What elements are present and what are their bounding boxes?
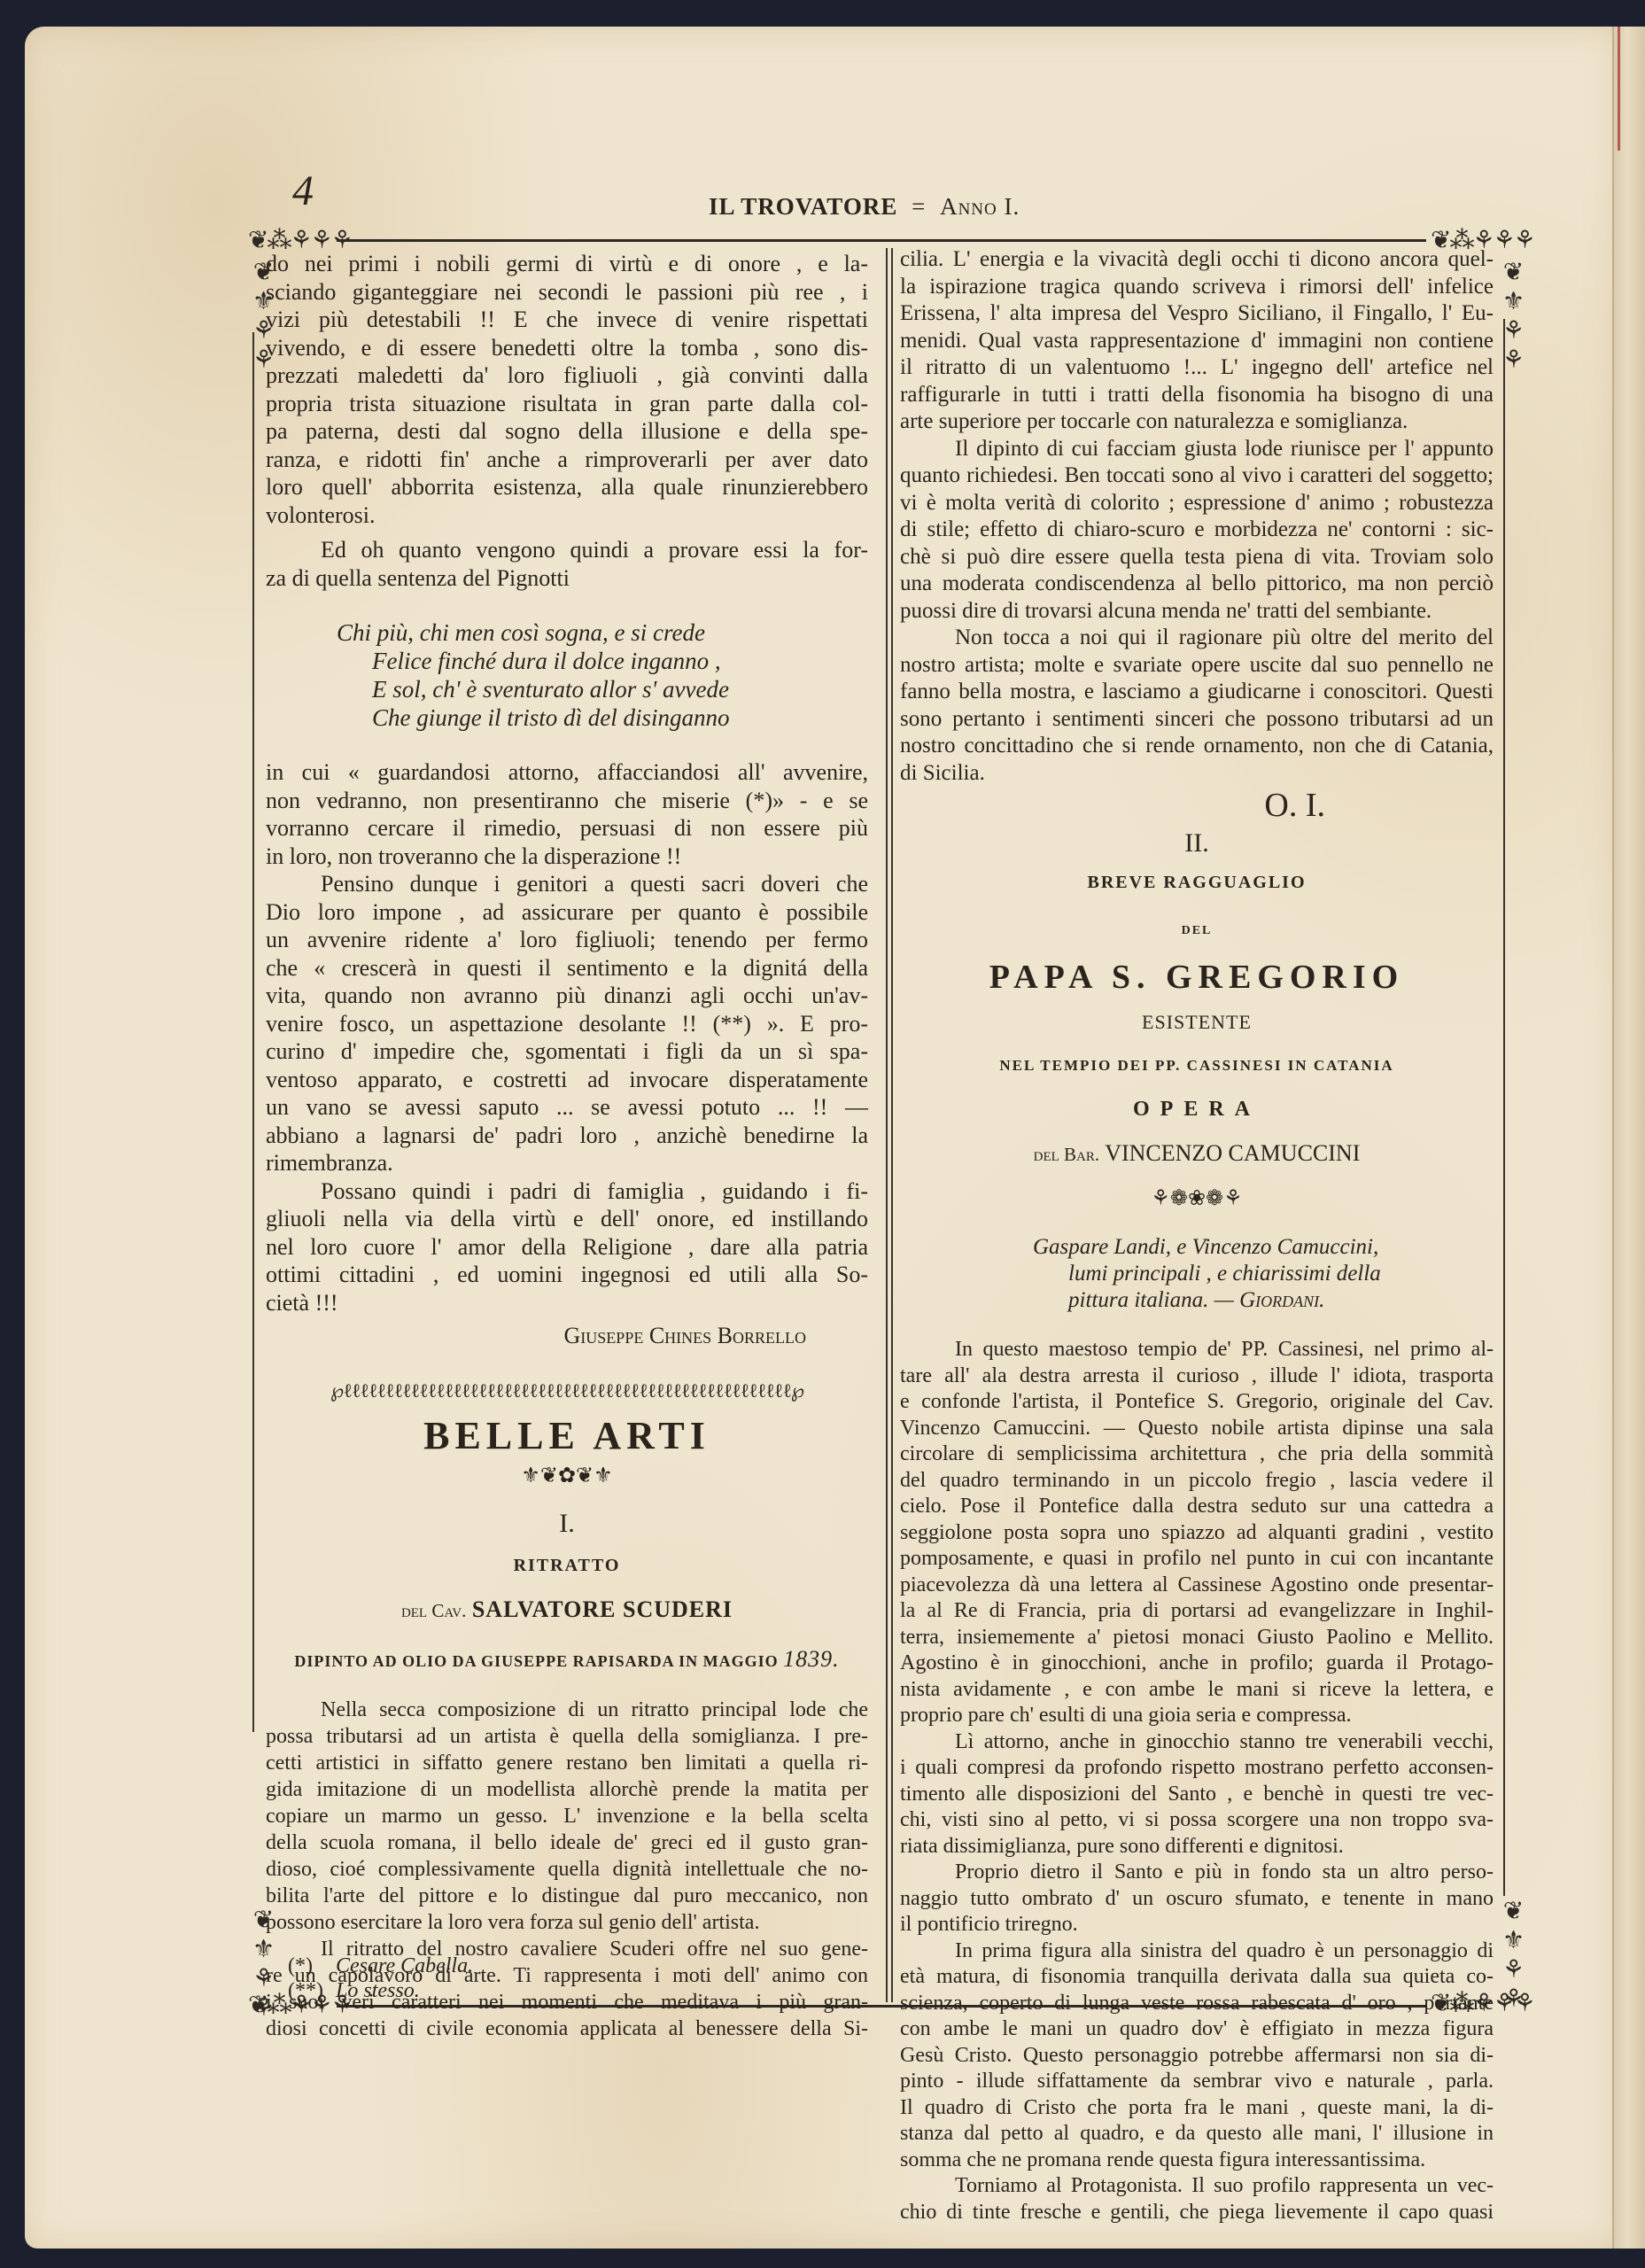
- text-line: vorranno cercare il rimedio, persuasi di…: [266, 814, 868, 843]
- text-line: Ed oh quanto vengono quindi a provare es…: [266, 536, 868, 564]
- text-line: del quadro terminando in un piccolo freg…: [900, 1468, 1494, 1495]
- section-title: BELLE ARTI: [266, 1422, 868, 1450]
- text-line: ventoso apparato, e costretti ad invocar…: [266, 1066, 868, 1094]
- paragraph: Lì attorno, anche in ginocchio stanno tr…: [900, 1729, 1494, 1860]
- footnote-text: Cesare Cabella.: [336, 1954, 473, 1977]
- text-line: vizi più detestabili !! E che invece di …: [266, 306, 868, 334]
- text-line: fanno bella mostra, e lasciamo a giudica…: [900, 679, 1494, 706]
- footnote-mark: (*): [288, 1953, 330, 1978]
- top-rule: [337, 239, 1426, 242]
- text-line: bilita l'arte del pittore e lo distingue…: [266, 1883, 868, 1909]
- verse-line: Che giunge il tristo dì del disinganno: [337, 703, 868, 732]
- text-line: do nei primi i nobili germi di virtù e d…: [266, 250, 868, 278]
- ornamental-divider-icon: ℘ℓℓℓℓℓℓℓℓℓℓℓℓℓℓℓℓℓℓℓℓℓℓℓℓℓℓℓℓℓℓℓℓℓℓℓℓℓℓℓ…: [266, 1377, 868, 1405]
- text-line: il ritratto di un valentuomo !... L' ing…: [900, 354, 1494, 382]
- article-number: I.: [266, 1510, 868, 1538]
- page-number: 4: [292, 167, 314, 215]
- text-line: terra, insiememente a' pietosi monaci Gi…: [900, 1625, 1494, 1651]
- text-line: Possano quindi i padri di famiglia , gui…: [266, 1177, 868, 1206]
- text-line: in cui « guardandosi attorno, affacciand…: [266, 758, 868, 787]
- paragraph: in cui « guardandosi attorno, affacciand…: [266, 758, 868, 870]
- text-line: nostro artista; molte e svariate opere u…: [900, 652, 1494, 680]
- text-line: un avvenire ridente a' loro figliuoli; t…: [266, 926, 868, 954]
- article-subject-title: PAPA S. GREGORIO: [900, 964, 1494, 992]
- text-line: che « crescerà in questi il sentimento e…: [266, 954, 868, 983]
- binding-gutter: [1612, 27, 1645, 2249]
- text-line: gliuoli nella via della virtù e dell' on…: [266, 1205, 868, 1233]
- footnote: (*) Cesare Cabella.: [288, 1953, 473, 1978]
- paragraph: Torniamo al Protagonista. Il suo profilo…: [900, 2173, 1494, 2225]
- text-line: Non tocca a noi qui il ragionare più olt…: [900, 625, 1494, 652]
- text-line: proprio pare ch' esulti di una gioia ser…: [900, 1703, 1494, 1729]
- column-divider-rule-2: [891, 248, 893, 2002]
- text-line: ottimi cittadini , ed uomini ingegnosi e…: [266, 1261, 868, 1289]
- article-subject-location-label: ESISTENTE: [900, 1008, 1494, 1037]
- text-line: chi, visti sino al petto, vi si possa sc…: [900, 1807, 1494, 1834]
- footnote-text: Lo stesso.: [336, 1979, 420, 2002]
- text-line: nel loro cuore l' amor della Religione ,…: [266, 1233, 868, 1262]
- paragraph: Il dipinto di cui facciam giusta lode ri…: [900, 436, 1494, 625]
- text-line: di stile; effetto di chiaro-scuro e morb…: [900, 517, 1494, 544]
- article-number: II.: [900, 829, 1494, 858]
- text-line: Il dipinto di cui facciam giusta lode ri…: [900, 436, 1494, 463]
- verse-line: E sol, ch' è sventurato allor s' avvede: [337, 675, 868, 703]
- running-head: IL TROVATORE = Anno I.: [709, 193, 1020, 221]
- text-line: Nella secca composizione di un ritratto …: [266, 1697, 868, 1723]
- page-header: 4 IL TROVATORE = Anno I.: [292, 175, 1515, 220]
- text-line: Il quadro di Cristo che porta fra le man…: [900, 2095, 1494, 2122]
- text-line: za di quella sentenza del Pignotti: [266, 564, 868, 593]
- text-line: la ispirazione tragica quando scriveva i…: [900, 274, 1494, 301]
- text-line: nostro concittadino che si rende ornamen…: [900, 733, 1494, 760]
- text-line: un vano se avessi saputo ... se avessi p…: [266, 1093, 868, 1122]
- paragraph: do nei primi i nobili germi di virtù e d…: [266, 250, 868, 529]
- text-line: ranza, e ridotti fin' anche a rimprovera…: [266, 446, 868, 474]
- text-line: seggiolone posta sopra uno spiazzo ad al…: [900, 1520, 1494, 1547]
- artist-name: VINCENZO CAMUCCINI: [1105, 1140, 1360, 1166]
- byline-text: DIPINTO AD OLIO DA GIUSEPPE RAPISARDA IN…: [294, 1652, 778, 1670]
- column-divider-rule: [886, 248, 888, 2002]
- text-line: con ambe le mani un quadro dov' è effigi…: [900, 2016, 1494, 2043]
- text-line: volonterosi.: [266, 501, 868, 530]
- article-artist: del Bar. VINCENZO CAMUCCINI: [900, 1139, 1494, 1169]
- text-line: gida imitazione di un modellista allorch…: [266, 1776, 868, 1803]
- paragraph: In prima figura alla sinistra del quadro…: [900, 1938, 1494, 2174]
- journal-title: IL TROVATORE: [709, 193, 897, 220]
- footnote: (**) Lo stesso.: [288, 1978, 473, 2003]
- text-line: Torniamo al Protagonista. Il suo profilo…: [900, 2173, 1494, 2200]
- epigraph-quote: Gaspare Landi, e Vincenzo Camuccini, lum…: [1033, 1234, 1494, 1314]
- text-line: possa tributarsi ad un artista è quella …: [266, 1723, 868, 1750]
- article-title: BREVE RAGGUAGLIO: [900, 869, 1494, 897]
- text-line: cetti artistici in siffatto genere resta…: [266, 1750, 868, 1776]
- paragraph: Proprio dietro il Santo e più in fondo s…: [900, 1860, 1494, 1938]
- paragraph: Ed oh quanto vengono quindi a provare es…: [266, 536, 868, 592]
- text-line: quanto richiedesi. Ben toccati sono al v…: [900, 462, 1494, 490]
- text-line: in loro, non troveranno che la disperazi…: [266, 843, 868, 871]
- opera-label: OPERA: [900, 1096, 1494, 1124]
- article-title: RITRATTO: [266, 1552, 868, 1581]
- header-separator: =: [912, 193, 926, 220]
- epigraph-line: pittura italiana. — Giordani.: [1033, 1287, 1494, 1314]
- verse-line: Felice finché dura il dolce inganno ,: [337, 647, 868, 675]
- text-line: nista avidamente , e con ambe le mani si…: [900, 1677, 1494, 1704]
- text-line: Pensino dunque i genitori a questi sacri…: [266, 870, 868, 898]
- text-line: Proprio dietro il Santo e più in fondo s…: [900, 1860, 1494, 1886]
- author-signature: Giuseppe Chines Borrello: [266, 1322, 868, 1350]
- text-line: piacevolezza dà una lettera al Cassinese…: [900, 1573, 1494, 1599]
- text-line: sciando giganteggiare nei secondi le pas…: [266, 278, 868, 307]
- left-border-rule: [252, 332, 254, 1732]
- epigraph-source: Giordani.: [1239, 1288, 1324, 1312]
- text-line: prezzati maledetti da' loro figliuoli , …: [266, 361, 868, 390]
- text-line: i quali compresi da profondo rispetto mo…: [900, 1755, 1494, 1782]
- text-line: vita, quando non avranno più dinanzi agl…: [266, 982, 868, 1010]
- text-line: dioso, cioé complessivamente quella dign…: [266, 1856, 868, 1883]
- fleuron-ornament-icon: ⚘❁❀❁⚘: [900, 1185, 1494, 1214]
- text-line: pomposamente, e quasi in profilo nel pun…: [900, 1546, 1494, 1573]
- text-line: In prima figura alla sinistra del quadro…: [900, 1938, 1494, 1965]
- text-line: loro quell' abborrita esistenza, alla qu…: [266, 473, 868, 501]
- footnote-mark: (**): [288, 1978, 330, 2003]
- text-line: In questo maestoso tempio de' PP. Cassin…: [900, 1337, 1494, 1363]
- text-line: chio di tinte fresche e gentili, che pie…: [900, 2200, 1494, 2226]
- text-line: arte superiore per toccarle con naturale…: [900, 408, 1494, 436]
- volume-label: Anno I.: [940, 193, 1020, 220]
- paragraph: In questo maestoso tempio de' PP. Cassin…: [900, 1337, 1494, 1729]
- text-line: circolare di semplicissima architettura …: [900, 1441, 1494, 1468]
- text-line: somma che ne promana rende questa figura…: [900, 2148, 1494, 2174]
- text-line: abbiano a lagnarsi de' padri loro , anzi…: [266, 1122, 868, 1150]
- text-line: tare all' ala destra arresta il curioso …: [900, 1363, 1494, 1390]
- author-initials: O. I.: [900, 792, 1494, 820]
- text-line: timento alle disposizioni del Santo , e …: [900, 1782, 1494, 1808]
- article-title-connector: DEL: [900, 917, 1494, 945]
- text-line: e confonde l'artista, il Pontefice S. Gr…: [900, 1389, 1494, 1416]
- footnotes: (*) Cesare Cabella. (**) Lo stesso.: [288, 1953, 473, 2003]
- right-column: cilia. L' energia e la vivacità degli oc…: [900, 246, 1494, 2225]
- text-line: naggio tutto ombrato d' un oscuro sfumat…: [900, 1886, 1494, 1913]
- text-line: della scuola romana, il bello ideale de'…: [266, 1829, 868, 1856]
- text-line: Erissena, l' alta impresa del Vespro Sic…: [900, 300, 1494, 328]
- text-line: curino d' impedire che, sgomentati i fig…: [266, 1037, 868, 1066]
- text-line: pa paterna, desti dal sogno della illusi…: [266, 417, 868, 446]
- text-line: diosi concetti di civile economia applic…: [266, 2016, 868, 2042]
- text-line: di Sicilia.: [900, 760, 1494, 788]
- paragraph: Nella secca composizione di un ritratto …: [266, 1697, 868, 1936]
- text-line: stanza dal petto al quadro, e da questo …: [900, 2121, 1494, 2148]
- text-line: Gesù Cristo. Questo personaggio potrebbe…: [900, 2043, 1494, 2070]
- text-line: cilia. L' energia e la vivacità degli oc…: [900, 246, 1494, 274]
- text-line: scienza, coperto di lunga veste rossa ra…: [900, 1991, 1494, 2017]
- article-byline: DIPINTO AD OLIO DA GIUSEPPE RAPISARDA IN…: [266, 1645, 868, 1676]
- binding-thread: [1618, 27, 1620, 151]
- text-line: pinto - illude siffattamente da sembrar …: [900, 2069, 1494, 2095]
- left-column: do nei primi i nobili germi di virtù e d…: [266, 250, 868, 2042]
- epigraph-line: lumi principali , e chiarissimi della: [1033, 1261, 1494, 1287]
- verse-quotation: Chi più, chi men così sogna, e si crede …: [337, 618, 868, 732]
- subject-name: SALVATORE SCUDERI: [472, 1596, 733, 1622]
- text-line: Vincenzo Camuccini. — Questo nobile arti…: [900, 1416, 1494, 1442]
- verse-line: Chi più, chi men così sogna, e si crede: [337, 618, 868, 647]
- byline-year: 1839.: [783, 1646, 840, 1672]
- paragraph: Possano quindi i padri di famiglia , gui…: [266, 1177, 868, 1317]
- text-line: chè si può dire essere quella testa pien…: [900, 544, 1494, 571]
- text-line: sono pertanto i sentimenti sinceri che p…: [900, 706, 1494, 734]
- text-line: Lì attorno, anche in ginocchio stanno tr…: [900, 1729, 1494, 1756]
- text-line: riata dissimiglianza, pure sono differen…: [900, 1834, 1494, 1860]
- paragraph: Pensino dunque i genitori a questi sacri…: [266, 870, 868, 1177]
- text-line: vi è molta verità di colorito ; espressi…: [900, 490, 1494, 517]
- text-line: cietà !!!: [266, 1289, 868, 1317]
- article-subject-location: NEL TEMPIO DEI PP. CASSINESI IN CATANIA: [900, 1052, 1494, 1080]
- epigraph-line: Gaspare Landi, e Vincenzo Camuccini,: [1033, 1234, 1494, 1261]
- text-line: età matura, di fisonomia tranquilla deri…: [900, 1964, 1494, 1991]
- article-subject: del Cav. SALVATORE SCUDERI: [266, 1596, 868, 1626]
- text-line: possono esercitare la loro vera forza su…: [266, 1909, 868, 1936]
- right-border-rule: [1503, 319, 1505, 1896]
- paragraph: cilia. L' energia e la vivacità degli oc…: [900, 246, 1494, 436]
- text-line: menidi. Qual vasta rappresentazione d' i…: [900, 328, 1494, 355]
- subject-prefix: del Cav.: [401, 1600, 466, 1621]
- text-line: cielo. Pose il Pontefice dalla destra se…: [900, 1494, 1494, 1520]
- text-line: rimembranza.: [266, 1149, 868, 1177]
- text-line: propria trista situazione risultata in g…: [266, 390, 868, 418]
- text-line: copiare un marmo un gesso. L' invenzione…: [266, 1803, 868, 1829]
- text-line: non vedranno, non presentiranno che mise…: [266, 787, 868, 815]
- text-line: la al Re di Francia, pria di portarsi ad…: [900, 1598, 1494, 1625]
- paragraph: Non tocca a noi qui il ragionare più olt…: [900, 625, 1494, 787]
- text-line: il pontificio triregno.: [900, 1912, 1494, 1938]
- text-line: Dio loro impone , ad assicurare per quan…: [266, 898, 868, 927]
- text-line: Agostino è in ginocchioni, anche in prof…: [900, 1651, 1494, 1677]
- epigraph-text: pittura italiana. —: [1068, 1288, 1234, 1312]
- fleuron-ornament-icon: ⚜❦✿❦⚜: [266, 1463, 868, 1491]
- text-line: una moderata condiscendenza al bello pit…: [900, 571, 1494, 598]
- text-line: venire fosco, un aspettazione desolante …: [266, 1010, 868, 1038]
- artist-prefix: del Bar.: [1034, 1144, 1100, 1165]
- text-line: puossi dire di trovarsi alcuna menda ne'…: [900, 598, 1494, 625]
- text-line: vivendo, e di essere benedetti oltre la …: [266, 334, 868, 362]
- text-line: raffigurarle in tutti i tratti della fis…: [900, 382, 1494, 409]
